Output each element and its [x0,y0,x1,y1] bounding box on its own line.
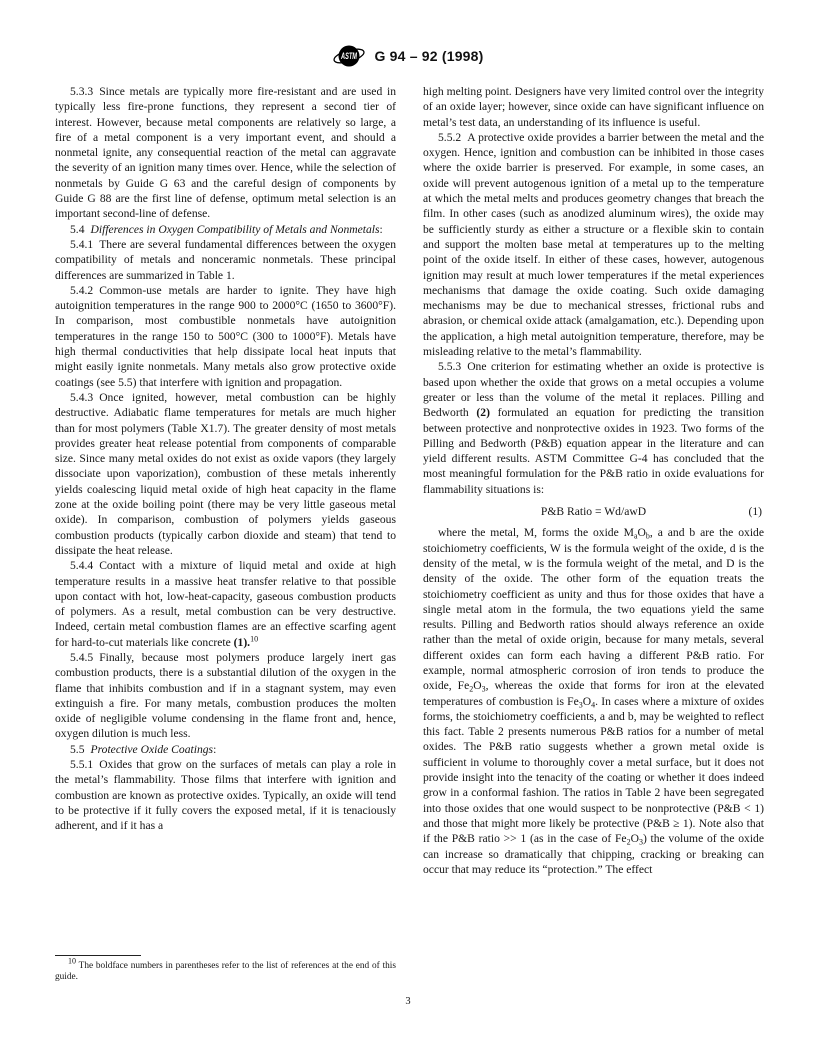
text-run: 5.5 [70,743,85,756]
text-run: O [583,695,591,708]
para-equation-explanation: where the metal, M, forms the oxide MaOb… [423,525,764,877]
text-run: . In cases where a mixture of oxides for… [423,695,764,846]
standard-designation: G 94 – 92 (1998) [374,48,483,64]
text-run: 5.4.3 [70,391,93,404]
text-run: 5.4.2 [70,284,93,297]
text-run: Once ignited, however, metal combustion … [55,391,396,557]
para-5-4-2: 5.4.2Common-use metals are harder to ign… [55,283,396,390]
text-run: : [380,223,383,236]
text-run: 5.4.4 [70,559,93,572]
two-column-body: 5.3.3Since metals are typically more fir… [55,84,764,984]
footnote-marker: 10 [68,956,76,965]
text-run: O [631,832,639,845]
left-column-text: 5.3.3Since metals are typically more fir… [55,84,396,834]
text-run: where the metal, M, forms the oxide M [438,526,634,539]
text-run: 5.4 [70,223,85,236]
text-run: Oxides that grow on the surfaces of meta… [55,758,396,832]
text-run: Contact with a mixture of liquid metal a… [55,559,396,648]
text-run: (2) [476,406,490,419]
para-5-5-2: 5.5.2A protective oxide provides a barri… [423,130,764,359]
equation-1: P&B Ratio = Wd/awD(1) [423,504,764,519]
footnote: 10 The boldface numbers in parentheses r… [55,961,396,984]
text-run: (1). [234,636,250,649]
text-run: P&B Ratio = Wd/awD [541,505,646,518]
text-run: (1) [748,504,762,519]
document-page: ASTM G 94 – 92 (1998) 5.3.3Since metals … [0,0,816,1056]
para-5-4-1: 5.4.1There are several fundamental diffe… [55,237,396,283]
text-run: 5.4.5 [70,651,93,664]
para-5-5-3: 5.5.3One criterion for estimating whethe… [423,359,764,497]
text-run: 5.3.3 [70,85,93,98]
text-run: high melting point. Designers have very … [423,85,764,129]
svg-text:ASTM: ASTM [341,51,358,61]
para-5-4-3: 5.4.3Once ignited, however, metal combus… [55,390,396,558]
text-run: Differences in Oxygen Compatibility of M… [91,223,380,236]
astm-logo-icon: ASTM [332,42,366,70]
right-column-text: high melting point. Designers have very … [423,84,764,877]
para-5-5-1: 5.5.1Oxides that grow on the surfaces of… [55,757,396,833]
text-run: A protective oxide provides a barrier be… [423,131,764,358]
page-number: 3 [0,996,816,1007]
para-5-4-5: 5.4.5Finally, because most polymers prod… [55,650,396,742]
text-run: There are several fundamental difference… [55,238,396,282]
footnote-text: The boldface numbers in parentheses refe… [55,961,396,983]
text-run: 10 [250,634,258,643]
text-run: 5.5.1 [70,758,93,771]
text-run: , a and b are the oxide stoichiometry co… [423,526,764,692]
text-run: Finally, because most polymers produce l… [55,651,396,740]
text-run: 5.4.1 [70,238,93,251]
right-column: high melting point. Designers have very … [423,84,764,984]
para-5-3-3: 5.3.3Since metals are typically more fir… [55,84,396,222]
heading-5-4: 5.4Differences in Oxygen Compatibility o… [55,222,396,237]
text-run: Since metals are typically more fire-res… [55,85,396,220]
footnote-area: 10 The boldface numbers in parentheses r… [55,955,396,984]
text-run: 5.5.2 [438,131,461,144]
left-column: 5.3.3Since metals are typically more fir… [55,84,396,984]
para-5-4-4: 5.4.4Contact with a mixture of liquid me… [55,558,396,650]
para-5-5-1-continued: high melting point. Designers have very … [423,84,764,130]
text-run: : [213,743,216,756]
text-run: O [638,526,646,539]
text-run: Protective Oxide Coatings [91,743,214,756]
text-run: Common-use metals are harder to ignite. … [55,284,396,389]
text-run: 5.5.3 [438,360,461,373]
text-run: O [473,679,481,692]
page-header: ASTM G 94 – 92 (1998) [0,42,816,70]
heading-5-5: 5.5Protective Oxide Coatings: [55,742,396,757]
text-run: formulated an equation for predicting th… [423,406,764,495]
